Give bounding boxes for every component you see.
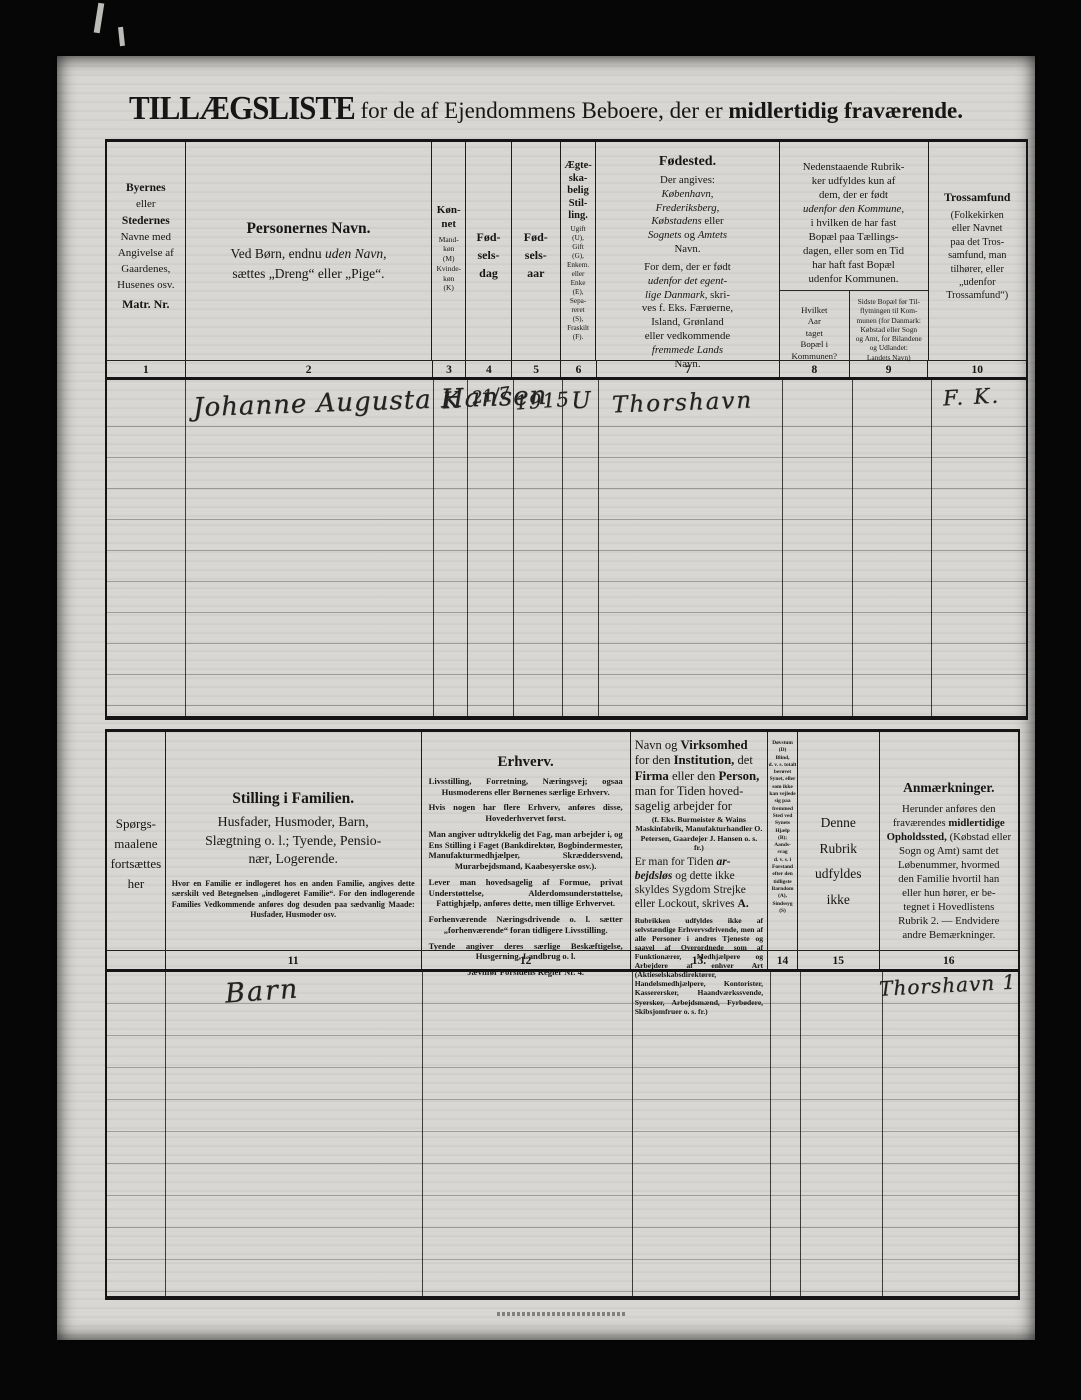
column-header-continuation: Spørgs- maalene fortsættes her bbox=[107, 732, 165, 950]
film-scratch bbox=[94, 3, 105, 34]
col12-paragraph: Man angiver udtrykkelig det Fag, man arb… bbox=[429, 829, 623, 872]
column-divider bbox=[770, 972, 771, 1296]
column-number-8: 8 bbox=[779, 361, 849, 377]
col13-text-bold: Person, bbox=[718, 769, 759, 783]
col13-lead: Navn og Virksomhed for den Institution, … bbox=[635, 738, 763, 814]
scanned-census-sheet: TILLÆGSLISTE for de af Ejendommens Beboe… bbox=[0, 0, 1081, 1400]
column-divider bbox=[882, 972, 883, 1296]
column-divider bbox=[598, 380, 599, 716]
col13-text: Er man for Tiden bbox=[635, 856, 717, 868]
col13-text-bold: Firma bbox=[635, 769, 669, 783]
col7-text-italic: Amtets bbox=[698, 229, 727, 241]
col10-sub: (Folkekirken eller Navnet paa det Tros- … bbox=[944, 209, 1010, 303]
entry-birthplace: Thorshavn bbox=[612, 388, 754, 419]
col7-text: Navn. bbox=[674, 243, 700, 255]
col3-sub: Mand- køn (M) Kvinde- køn (K) bbox=[436, 235, 461, 294]
col1-line: Byernes bbox=[126, 182, 166, 194]
column-divider bbox=[467, 380, 468, 716]
col7-paragraph-2: For dem, der er født udenfor det egent- … bbox=[642, 261, 733, 372]
col6-title: Ægte- ska- belig Stil- ling. bbox=[564, 160, 591, 223]
printer-imprint bbox=[497, 1312, 625, 1316]
col13-text: det bbox=[734, 753, 752, 767]
entry-remarks: Thorshavn 1. bbox=[878, 972, 1018, 1001]
column-number-3: 3 bbox=[432, 361, 466, 377]
group-text-italic: udenfor den Kommune, bbox=[803, 203, 904, 215]
group-text: Nedenstaaende Rubrik- ker udfyldes kun a… bbox=[803, 161, 905, 201]
top-table-entries: Johanne Augusta Hansen K 21/7 1915 U Tho… bbox=[107, 380, 1026, 716]
column-header-14: Døvstum (D) Blind, d. v. s. totalt berøv… bbox=[767, 732, 797, 950]
col14-text: Døvstum (D) Blind, d. v. s. totalt berøv… bbox=[768, 740, 797, 915]
col7-paragraph-1: Der angives: København, Frederiksberg, K… bbox=[642, 174, 733, 257]
title-middle: for de af Ejendommens Beboere, der er bbox=[355, 98, 729, 123]
column-number-10: 10 bbox=[927, 361, 1026, 377]
column-number-6: 6 bbox=[560, 361, 596, 377]
column-number-14: 14 bbox=[767, 951, 797, 969]
top-table-header: Byernes eller Stedernes Navne med Angive… bbox=[107, 142, 1026, 360]
entry-religion: F. K. bbox=[942, 384, 1000, 411]
col13-text: man for Tiden hoved-sagelig arbejder for bbox=[635, 784, 744, 813]
entry-marital-status: U bbox=[564, 387, 599, 414]
title-tail: midlertidig fraværende. bbox=[728, 98, 963, 123]
col15-text: Denne Rubrik udfyldes ikke bbox=[815, 810, 862, 913]
col12-paragraph: Tyende angiver deres særlige Beskæftigel… bbox=[429, 941, 623, 962]
col2-sub: sættes „Dreng“ eller „Pige“. bbox=[232, 266, 384, 281]
column-number-blank bbox=[107, 951, 165, 969]
entry-sex: K bbox=[434, 387, 467, 415]
col16-body: Herunder anføres den fraværendes midlert… bbox=[887, 802, 1011, 942]
col11-title: Stilling i Familien. bbox=[172, 790, 415, 808]
col2-sub-italic: uden Navn, bbox=[325, 246, 387, 261]
column-header-13: Navn og Virksomhed for den Institution, … bbox=[630, 732, 767, 950]
col12-paragraph: Livsstilling, Forretning, Næringsvej; og… bbox=[429, 776, 623, 797]
col7-text-italic: Sognets bbox=[648, 229, 682, 241]
col12-paragraph: Lever man hovedsagelig af Formue, privat… bbox=[429, 877, 623, 909]
column-header-group-8-9: Nedenstaaende Rubrik- ker udfyldes kun a… bbox=[779, 142, 928, 360]
bottom-table-entries: Barn Thorshavn 1. bbox=[107, 972, 1018, 1296]
column-divider bbox=[513, 380, 514, 716]
column-divider bbox=[931, 380, 932, 716]
col7-title: Fødested. bbox=[642, 154, 733, 170]
column-header-2: Personernes Navn. Ved Børn, endnu uden N… bbox=[185, 142, 432, 360]
column-header-3: Køn- net Mand- køn (M) Kvinde- køn (K) bbox=[431, 142, 465, 360]
column-header-7: Fødested. Der angives: København, Freder… bbox=[595, 142, 778, 360]
column-divider bbox=[422, 972, 423, 1296]
col16-title: Anmærkninger. bbox=[887, 780, 1011, 796]
column-number-9: 9 bbox=[849, 361, 928, 377]
col13-text: for den bbox=[635, 753, 674, 767]
col11-sub: Husfader, Husmoder, Barn, Slægtning o. l… bbox=[172, 813, 415, 869]
column-header-6: Ægte- ska- belig Stil- ling. Ugift (U), … bbox=[560, 142, 596, 360]
col10-title: Trossamfund bbox=[944, 190, 1010, 205]
column-divider bbox=[852, 380, 853, 716]
column-divider bbox=[782, 380, 783, 716]
col13-paragraph-2: Er man for Tiden ar-bejdsløs og dette ik… bbox=[635, 856, 763, 911]
group-text: i hvilken de har fast Bopæl paa Tællings… bbox=[803, 217, 904, 285]
col11-note: Hvor en Familie er indlogeret hos en and… bbox=[172, 879, 415, 921]
column-number-11: 11 bbox=[165, 951, 421, 969]
col13-text-bold: Virksomhed bbox=[681, 738, 748, 752]
col12-paragraph: Hvis nogen har flere Erhverv, anføres di… bbox=[429, 802, 623, 823]
column-number-1: 1 bbox=[107, 361, 185, 377]
col16-text: (Købstad eller Sogn og Amt) samt det Løb… bbox=[898, 831, 1011, 941]
col13-text-bold: A. bbox=[738, 898, 749, 910]
continuation-label: Spørgs- maalene fortsættes her bbox=[111, 814, 162, 895]
document-page: TILLÆGSLISTE for de af Ejendommens Beboe… bbox=[57, 56, 1035, 1340]
col7-text: og bbox=[681, 229, 697, 241]
column-header-11: Stilling i Familien. Husfader, Husmoder,… bbox=[165, 732, 421, 950]
column-header-8: Hvilket Aar taget Bopæl i Kommunen? bbox=[780, 291, 850, 360]
col13-text: eller den bbox=[669, 769, 719, 783]
entry-family-position: Barn bbox=[224, 973, 300, 1009]
column-number-2: 2 bbox=[185, 361, 432, 377]
column-header-10: Trossamfund (Folkekirken eller Navnet pa… bbox=[928, 142, 1026, 360]
col3-title: Køn- net bbox=[436, 204, 461, 232]
title-lead: TILLÆGSLISTE bbox=[129, 89, 355, 128]
column-header-16: Anmærkninger. Herunder anføres den fravæ… bbox=[879, 732, 1018, 950]
column-number-15: 15 bbox=[797, 951, 879, 969]
col12-paragraph: Forhenværende Næringsdrivende o. l. sætt… bbox=[429, 914, 623, 935]
col1-line: eller bbox=[136, 198, 156, 210]
col4-title: Fød- sels- dag bbox=[477, 228, 501, 282]
col7-text: Der angives: bbox=[660, 174, 715, 186]
col5-title: Fød- sels- aar bbox=[524, 228, 548, 282]
ruled-lines bbox=[107, 396, 1026, 716]
col13-text-bold: Institution, bbox=[674, 753, 735, 767]
top-table: Byernes eller Stedernes Navne med Angive… bbox=[105, 139, 1028, 720]
group-8-9-text: Nedenstaaende Rubrik- ker udfyldes kun a… bbox=[780, 142, 928, 290]
column-number-16: 16 bbox=[879, 951, 1018, 969]
column-header-12: Erhverv. Livsstilling, Forretning, Nærin… bbox=[421, 732, 630, 950]
col12-title: Erhverv. bbox=[429, 754, 623, 771]
column-header-4: Fød- sels- dag bbox=[465, 142, 511, 360]
bottom-table-header: Spørgs- maalene fortsættes her Stilling … bbox=[107, 732, 1018, 950]
column-divider bbox=[165, 972, 166, 1296]
page-title: TILLÆGSLISTE for de af Ejendommens Beboe… bbox=[57, 90, 1035, 126]
col7-text-italic: fremmede Lands bbox=[652, 344, 723, 356]
col1-line: Matr. Nr. bbox=[117, 296, 174, 313]
top-table-column-numbers: 1 2 3 4 5 6 7 8 9 10 bbox=[107, 360, 1026, 380]
bottom-table: Spørgs- maalene fortsættes her Stilling … bbox=[105, 729, 1020, 1300]
col13-text: Navn og bbox=[635, 738, 681, 752]
column-header-15: Denne Rubrik udfyldes ikke bbox=[797, 732, 879, 950]
column-number-4: 4 bbox=[465, 361, 511, 377]
entry-birth-year: 1915 bbox=[514, 387, 563, 414]
column-divider bbox=[562, 380, 563, 716]
column-divider bbox=[433, 380, 434, 716]
film-scratch bbox=[118, 27, 125, 46]
column-number-5: 5 bbox=[511, 361, 560, 377]
column-divider bbox=[185, 380, 186, 716]
col13-paren: (f. Eks. Burmeister & Wains Maskinfabrik… bbox=[635, 815, 763, 852]
col7-text: eller bbox=[702, 215, 724, 227]
col1-line: Stedernes bbox=[122, 215, 170, 227]
col1-line: Navne med Angivelse af Gaardenes, Husene… bbox=[117, 230, 174, 294]
column-header-9: Sidste Bopæl før Til- flytningen til Kom… bbox=[849, 291, 927, 360]
col7-text: For dem, der er født bbox=[644, 261, 731, 273]
col2-sub: Ved Børn, endnu bbox=[230, 246, 325, 261]
column-header-5: Fød- sels- aar bbox=[511, 142, 560, 360]
column-divider bbox=[632, 972, 633, 1296]
column-divider bbox=[800, 972, 801, 1296]
col7-text: Navn. bbox=[674, 358, 700, 370]
col6-sub: Ugift (U), Gift (G), Enkem. eller Enke (… bbox=[564, 225, 591, 342]
column-header-1: Byernes eller Stedernes Navne med Angive… bbox=[107, 142, 185, 360]
col2-title: Personernes Navn. bbox=[230, 220, 386, 238]
